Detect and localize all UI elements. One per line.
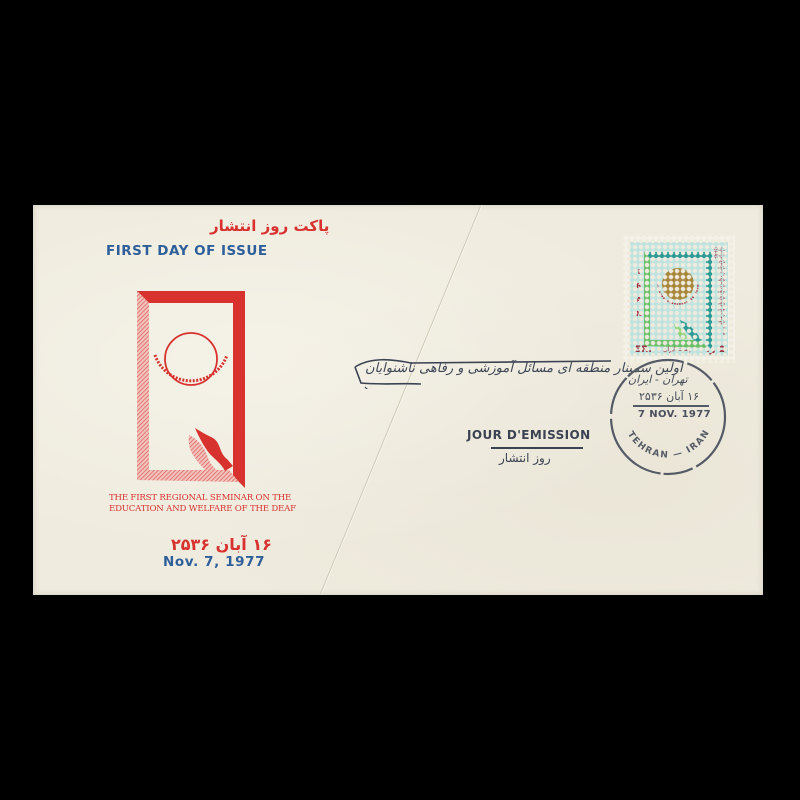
rooz-enteshar-label: روز انتشار	[499, 451, 551, 465]
svg-text:TEHRAN — IRAN: TEHRAN — IRAN	[625, 428, 712, 461]
postmark-date-persian: ۱۶ آبان ۲۵۳۶	[639, 390, 699, 403]
envelope: پاکت روز انتشار FIRST DAY OF ISSUE THE F…	[33, 205, 763, 595]
seminar-line-2: EDUCATION AND WELFARE OF THE DEAF	[109, 504, 296, 515]
postage-stamp: I R A N THE FIRST REGIONAL SEMINAR ON TH…	[623, 235, 735, 363]
stamp-country-name: I R A N	[635, 265, 643, 321]
cachet-title-english: FIRST DAY OF ISSUE	[106, 243, 268, 259]
cancel-divider	[491, 447, 583, 449]
book-emblem-icon	[133, 283, 253, 488]
stamp-postal-label: پست ایران	[663, 346, 691, 353]
stamp-value-latin: 5R.	[635, 345, 652, 355]
issue-date-persian: ۱۶ آبان ۲۵۳۶	[171, 535, 272, 554]
seminar-line-1: THE FIRST REGIONAL SEMINAR ON THE	[109, 493, 296, 504]
postmark-city-persian: تهران - ایران	[628, 373, 688, 386]
cachet-title-persian: پاکت روز انتشار	[210, 217, 329, 235]
issue-date-english: Nov. 7, 1977	[163, 554, 265, 570]
stamp-side-inscription: THE FIRST REGIONAL SEMINAR ON THE EDUCAT…	[713, 247, 725, 337]
postmark-divider	[633, 405, 709, 407]
stamp-value-persian: ۵ ر.	[706, 344, 725, 355]
postmark-bottom-text: TEHRAN — IRAN	[625, 428, 712, 461]
seminar-title: THE FIRST REGIONAL SEMINAR ON THE EDUCAT…	[109, 493, 296, 515]
postmark-date-english: 7 NOV. 1977	[638, 409, 711, 420]
jour-demission-label: JOUR D'EMISSION	[467, 428, 591, 442]
